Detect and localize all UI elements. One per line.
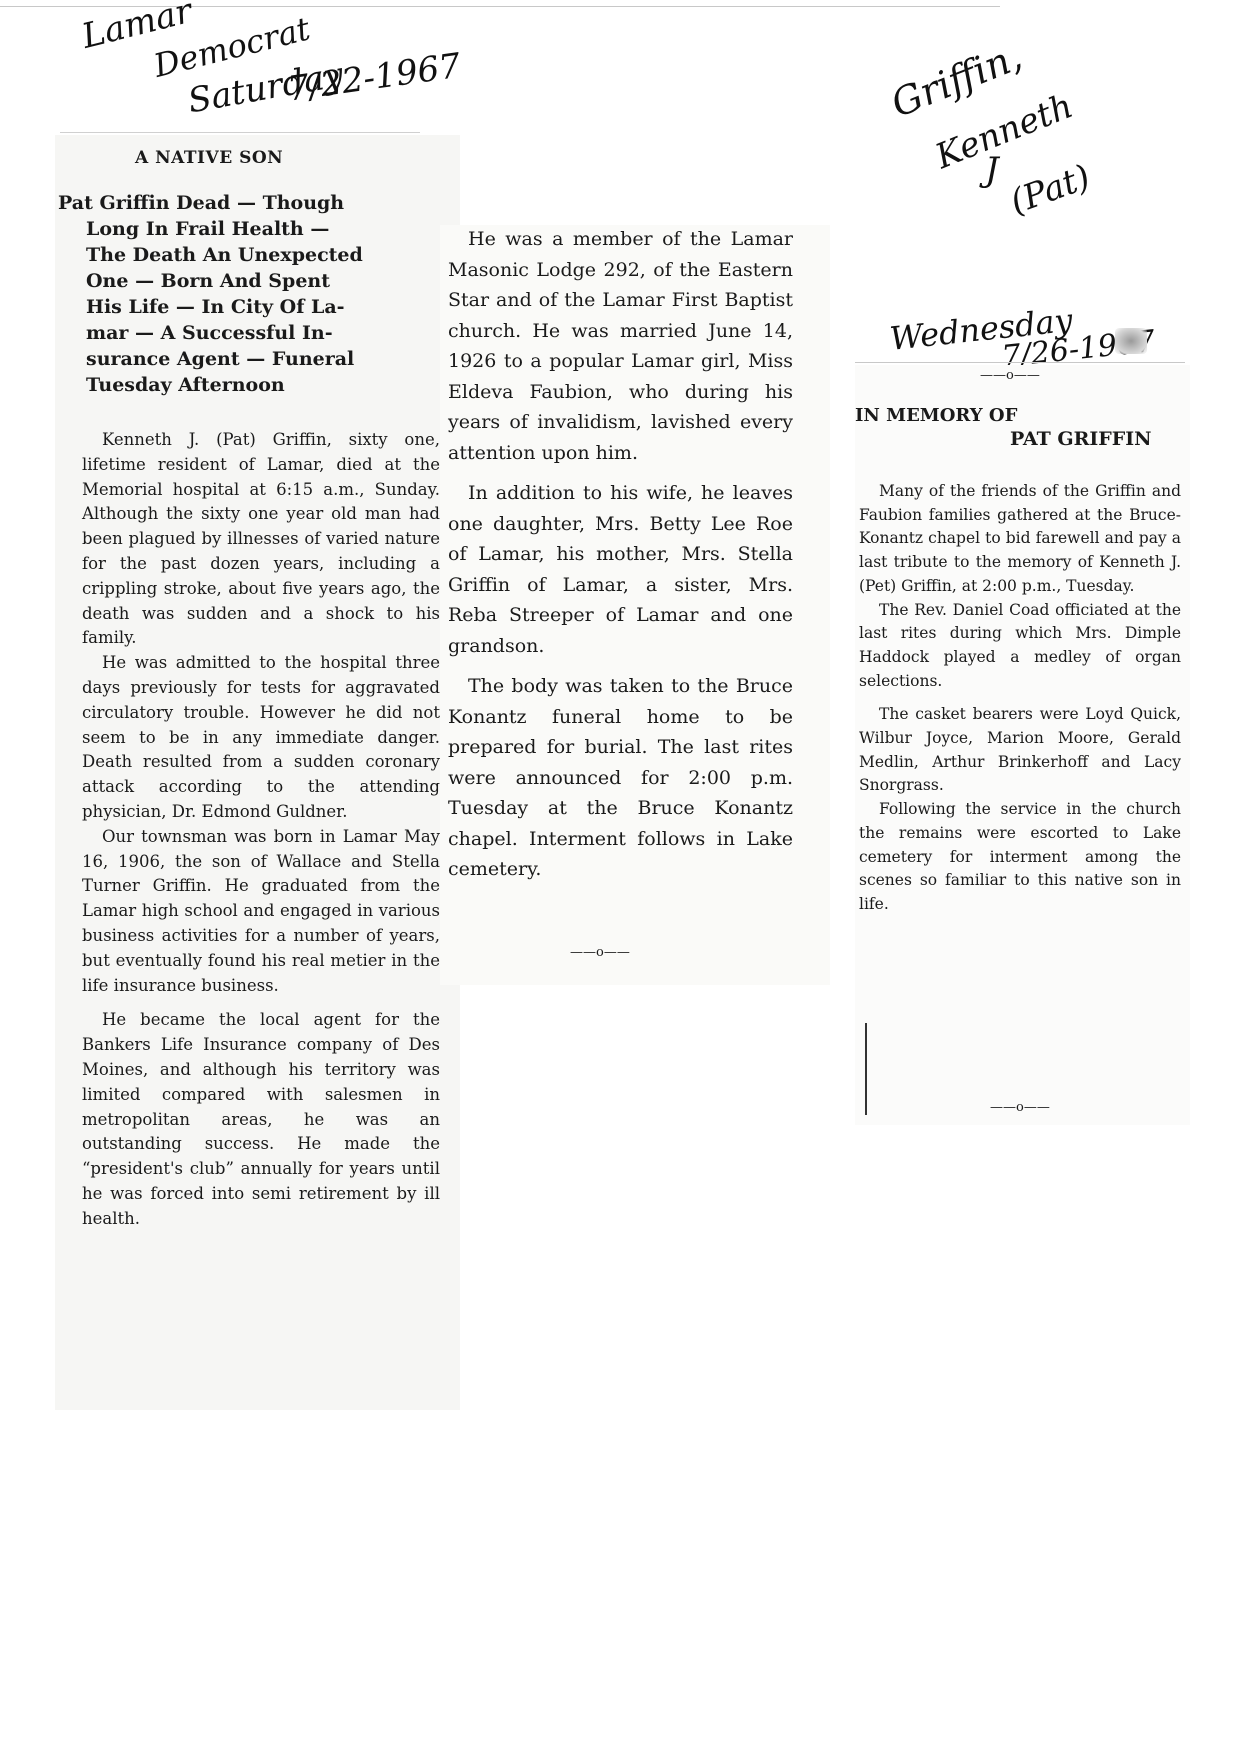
paragraph: The casket bearers were Loyd Quick, Wilb… — [859, 703, 1181, 798]
deck-line: Tuesday Afternoon — [58, 372, 410, 398]
paragraph: The body was taken to the Bruce Konantz … — [448, 671, 793, 885]
handwritten-initial: J — [985, 150, 999, 190]
deck-line: surance Agent — Funeral — [58, 346, 410, 372]
paragraph: He was admitted to the hospital three da… — [82, 651, 440, 825]
paragraph: Our townsman was born in Lamar May 16, 1… — [82, 825, 440, 999]
paragraph: The Rev. Daniel Coad officiated at the l… — [859, 599, 1181, 694]
memorial-title-line1: IN MEMORY OF — [855, 405, 1017, 426]
column-rule-right — [855, 362, 1185, 363]
memorial-separator-bottom: ——o—— — [990, 1100, 1050, 1115]
deck-line: One — Born And Spent — [58, 268, 410, 294]
ink-smudge — [1115, 328, 1147, 354]
deck-line: The Death An Unexpected — [58, 242, 410, 268]
article-separator: ——o—— — [570, 945, 630, 960]
column-rule — [60, 132, 420, 133]
deck-line: mar — A Successful In- — [58, 320, 410, 346]
paragraph: In addition to his wife, he leaves one d… — [448, 478, 793, 661]
memorial-separator-top: ——o—— — [980, 368, 1040, 383]
deck-line: Pat Griffin Dead — Though — [58, 190, 410, 216]
deck-line: His Life — In City Of La- — [58, 294, 410, 320]
paragraph: Many of the friends of the Griffin and F… — [859, 480, 1181, 599]
paragraph: He was a member of the Lamar Masonic Lod… — [448, 224, 793, 468]
handwritten-date: 7/22-1967 — [285, 46, 463, 110]
column-edge-rule — [865, 1023, 867, 1115]
article-body-col1: Kenneth J. (Pat) Griffin, sixty one, lif… — [82, 428, 440, 1232]
paragraph: Kenneth J. (Pat) Griffin, sixty one, lif… — [82, 428, 440, 651]
kicker-headline: A NATIVE SON — [135, 148, 283, 168]
memorial-body: Many of the friends of the Griffin and F… — [859, 480, 1181, 917]
paragraph: Following the service in the church the … — [859, 798, 1181, 917]
article-body-col2: He was a member of the Lamar Masonic Lod… — [448, 224, 793, 885]
deck-line: Long In Frail Health — — [58, 216, 410, 242]
paragraph: He became the local agent for the Banker… — [82, 1008, 440, 1231]
deck-headline: Pat Griffin Dead — Though Long In Frail … — [58, 190, 410, 398]
memorial-title-line2: PAT GRIFFIN — [1010, 428, 1152, 450]
handwritten-nickname: (Pat) — [1005, 157, 1096, 223]
